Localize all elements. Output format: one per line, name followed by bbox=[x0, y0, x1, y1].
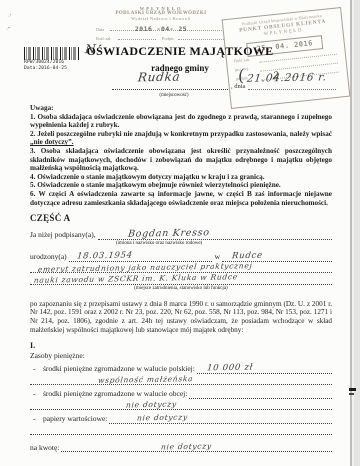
fx-funds-line bbox=[189, 388, 332, 399]
stamp-date-row: Data 2016 -04- 25 bbox=[92, 22, 230, 33]
name-field: Ja niżej podpisany(a), Bogdan Kresso bbox=[30, 229, 332, 240]
handwritten-birth-place: Rudce bbox=[232, 252, 264, 261]
dotted-line bbox=[178, 39, 224, 40]
uwaga-item-4: 4. Oświadczenie o stanie majątkowym doty… bbox=[30, 173, 332, 182]
bullet-dash: - bbox=[30, 415, 43, 424]
employment-caption: (miejsce zatrudnienia, stanowisko lub fu… bbox=[30, 286, 332, 292]
employment-line-1: emeryt zatrudniony jako nauczyciel prakt… bbox=[30, 262, 332, 274]
scan-edge-mark bbox=[349, 388, 356, 391]
securities-label: papiery wartościowe: bbox=[43, 415, 107, 424]
born-date-line: 18.03.1954 bbox=[69, 251, 212, 262]
handwritten-fx-value: nie dotyczy bbox=[125, 400, 177, 409]
nie-dotyczy-underlined: „nie dotyczy”. bbox=[30, 138, 74, 146]
handwritten-amount-value: nie dotyczy bbox=[161, 442, 213, 451]
uwaga-item-2: 2. Jeżeli poszczególne rubryki nie znajd… bbox=[30, 130, 332, 147]
uwaga-item-6: 6. W części A oświadczenia zawarte są in… bbox=[30, 190, 332, 207]
dotted-line bbox=[118, 39, 156, 40]
uwaga-item-5: 5. Oświadczenie o stanie majątkowym obej… bbox=[30, 181, 332, 190]
uwaga-item-1: 1. Osoba składająca oświadczenie obowiąz… bbox=[30, 113, 332, 130]
dotted-line bbox=[112, 89, 228, 90]
bullet-dash: - bbox=[30, 365, 43, 374]
born-place-line: Rudce bbox=[222, 251, 332, 262]
section-1-heading: Zasoby pieniężne: bbox=[30, 352, 332, 361]
stamp-attachments-label: Ilość zał. bbox=[96, 36, 112, 41]
employment-line-2: nauki zawodu w ZSCKR im. K. Kluka w Rudc… bbox=[30, 273, 332, 285]
stamp-signature-label: Podpis bbox=[162, 36, 174, 41]
stamp-department: Wydział Nadzoru i Kontroli bbox=[92, 16, 230, 21]
name-field-line: Bogdan Kresso bbox=[98, 229, 332, 240]
legal-paragraph: po zapoznaniu się z przepisami ustawy z … bbox=[30, 300, 332, 334]
document-body: Uwaga: 1. Osoba składająca oświadczenie … bbox=[30, 104, 332, 452]
handwritten-pln-amount: 10 000 zł bbox=[206, 364, 253, 373]
scan-speck: ·' bbox=[8, 14, 11, 20]
handwritten-date: 21.04.2016 r. bbox=[246, 71, 327, 84]
pln-funds-label: środki pieniężne zgromadzone w walucie p… bbox=[43, 365, 195, 374]
fx-note-line: nie dotyczy bbox=[30, 399, 332, 411]
born-label: urodzony(a) bbox=[30, 253, 67, 262]
handwritten-birth-date: 18.03.1954 bbox=[76, 252, 133, 262]
stamp-date-value: 2016 -04- 25 bbox=[92, 25, 230, 33]
pln-funds-row: - środki pieniężne zgromadzone w walucie… bbox=[30, 363, 332, 374]
fx-funds-label: środki pieniężne zgromadzone w walucie o… bbox=[43, 390, 187, 399]
name-caption: (imiona i nazwisko oraz nazwisko rodowe) bbox=[116, 241, 332, 247]
born-in-label: w bbox=[215, 253, 220, 262]
uwaga-item-3: 3. Osoba składająca oświadczenie obowiąz… bbox=[30, 147, 332, 173]
part-a-heading: CZĘŚĆ A bbox=[30, 214, 332, 223]
empty-dotted-line bbox=[30, 424, 332, 436]
received-stamp-top: WPŁYNĘŁO PODLASKI URZĄD WOJEWÓDZKI Wydzi… bbox=[92, 6, 230, 42]
amount-label: na kwotę: bbox=[30, 444, 59, 453]
pln-note-line: wspólność małżeńska bbox=[30, 374, 332, 386]
scan-edge bbox=[350, 0, 360, 466]
scan-speck: ·" bbox=[6, 27, 10, 33]
bullet-dash: - bbox=[30, 390, 43, 399]
securities-line: nie dotyczy bbox=[109, 413, 332, 424]
scan-edge-mark bbox=[349, 393, 354, 395]
born-field: urodzony(a) 18.03.1954 w Rudce bbox=[30, 251, 332, 262]
uwaga-label: Uwaga: bbox=[30, 104, 332, 113]
dotted-line bbox=[248, 89, 336, 90]
amount-line: nie dotyczy bbox=[61, 441, 332, 452]
amount-row: na kwotę: nie dotyczy bbox=[30, 441, 332, 452]
place-date-line: Rudka , dnia ( 21.04.2016 r. bbox=[110, 70, 345, 94]
securities-row: - papiery wartościowe: nie dotyczy bbox=[30, 413, 332, 424]
handwritten-securities-value: nie dotyczy bbox=[137, 414, 189, 423]
stamp-attachments-row: Ilość zał. Podpis bbox=[92, 33, 230, 42]
place-caption: (miejscowość) bbox=[118, 93, 230, 98]
handwritten-place: Rudka bbox=[137, 70, 181, 85]
name-field-label: Ja niżej podpisany(a), bbox=[30, 231, 96, 240]
handwritten-employment-2: nauki zawodu w ZSCKR im. K. Kluka w Rudc… bbox=[33, 273, 238, 285]
handwritten-name: Bogdan Kresso bbox=[127, 229, 210, 239]
pln-funds-line: 10 000 zł bbox=[197, 363, 332, 374]
scanned-declaration-page: ·' ·" RPW/30024/2016 Data:2016-04-25 N W… bbox=[0, 0, 360, 466]
uwaga-item-2-text: 2. Jeżeli poszczególne rubryki nie znajd… bbox=[30, 130, 332, 138]
document-title: OŚWIADCZENIE MAJĄTKOWE bbox=[66, 44, 294, 59]
handwritten-ownership-note: wspólność małżeńska bbox=[97, 375, 193, 385]
fx-funds-row: - środki pieniężne zgromadzone w walucie… bbox=[30, 388, 332, 399]
section-1-roman: I. bbox=[30, 342, 332, 351]
